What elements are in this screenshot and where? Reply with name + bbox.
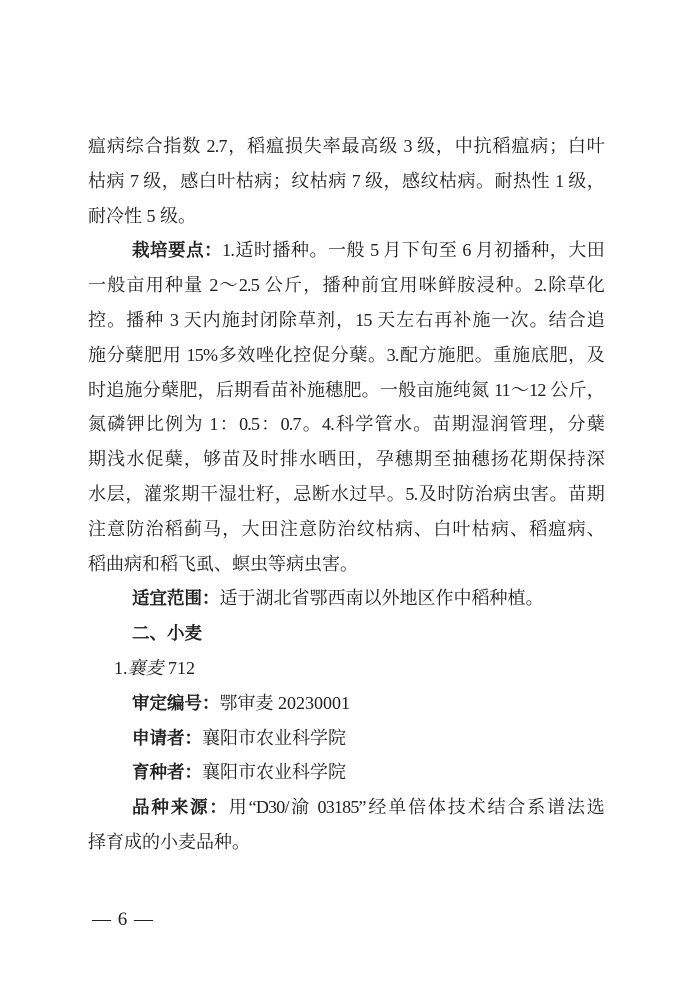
text-segment: 用“D30/渝 03185”经单倍体技术结合系谱法选 bbox=[229, 797, 604, 817]
paragraph-label: 品种来源： bbox=[132, 797, 229, 817]
paragraph-label: 适宜范围： bbox=[132, 588, 220, 608]
text-line: 申请者：襄阳市农业科学院 bbox=[88, 721, 604, 756]
text-line: 时追施分蘖肥，后期看苗补施穗肥。一般亩施纯氮 11～12 公斤， bbox=[88, 373, 604, 408]
text-line: 期浅水促蘖，够苗及时排水晒田，孕穗期至抽穗扬花期保持深 bbox=[88, 442, 604, 477]
text-segment: 适于湖北省鄂西南以外地区作中稻种植。 bbox=[220, 588, 544, 608]
text-segment: 控。播种 3 天内施封闭除草剂，15 天左右再补施一次。结合追 bbox=[88, 310, 604, 330]
text-segment: 襄阳市农业科学院 bbox=[202, 728, 346, 748]
paragraph-label: 申请者： bbox=[132, 728, 202, 748]
page-number: — 6 — bbox=[92, 908, 154, 932]
text-line: 氮磷钾比例为 1：0.5：0.7。4.科学管水。苗期湿润管理，分蘖 bbox=[88, 407, 604, 442]
text-line: 育种者：襄阳市农业科学院 bbox=[88, 755, 604, 790]
text-line: 1.襄麦 712 bbox=[88, 651, 604, 686]
text-segment: 水层，灌浆期干湿壮籽，忌断水过早。5.及时防治病虫害。苗期 bbox=[88, 484, 604, 504]
paragraph-label: 审定编号： bbox=[132, 693, 220, 713]
text-line: 注意防治稻蓟马，大田注意防治纹枯病、白叶枯病、稻瘟病、 bbox=[88, 512, 604, 547]
text-segment: 一般亩用种量 2～2.5 公斤，播种前宜用咪鲜胺浸种。2.除草化 bbox=[88, 275, 604, 295]
text-line: 栽培要点：1.适时播种。一般 5 月下旬至 6 月初播种，大田 bbox=[88, 233, 604, 268]
text-segment: 期浅水促蘖，够苗及时排水晒田，孕穗期至抽穗扬花期保持深 bbox=[88, 449, 604, 469]
text-line: 择育成的小麦品种。 bbox=[88, 825, 604, 860]
text-line: 瘟病综合指数 2.7，稻瘟损失率最高级 3 级，中抗稻瘟病；白叶 bbox=[88, 129, 604, 164]
paragraph-label: 育种者： bbox=[132, 762, 202, 782]
text-segment: 枯病 7 级，感白叶枯病；纹枯病 7 级，感纹枯病。耐热性 1 级， bbox=[88, 171, 604, 191]
paragraph-label: 二、小麦 bbox=[132, 623, 202, 643]
text-segment: 1. bbox=[114, 658, 128, 678]
text-segment: 择育成的小麦品种。 bbox=[88, 832, 250, 852]
text-line: 枯病 7 级，感白叶枯病；纹枯病 7 级，感纹枯病。耐热性 1 级， bbox=[88, 164, 604, 199]
text-segment: 注意防治稻蓟马，大田注意防治纹枯病、白叶枯病、稻瘟病、 bbox=[88, 519, 604, 539]
text-segment: 稻曲病和稻飞虱、螟虫等病虫害。 bbox=[88, 554, 358, 574]
text-line: 稻曲病和稻飞虱、螟虫等病虫害。 bbox=[88, 547, 604, 582]
paragraph-label: 栽培要点： bbox=[132, 240, 222, 260]
text-line: 审定编号：鄂审麦 20230001 bbox=[88, 686, 604, 721]
text-segment: 1.适时播种。一般 5 月下旬至 6 月初播种，大田 bbox=[222, 240, 604, 260]
text-segment: 712 bbox=[164, 658, 196, 678]
text-segment: 氮磷钾比例为 1：0.5：0.7。4.科学管水。苗期湿润管理，分蘖 bbox=[88, 414, 604, 434]
document-body: 瘟病综合指数 2.7，稻瘟损失率最高级 3 级，中抗稻瘟病；白叶枯病 7 级，感… bbox=[88, 129, 604, 860]
text-line: 二、小麦 bbox=[88, 616, 604, 651]
text-line: 施分蘖肥用 15%多效唑化控促分蘖。3.配方施肥。重施底肥，及 bbox=[88, 338, 604, 373]
text-segment: 瘟病综合指数 2.7，稻瘟损失率最高级 3 级，中抗稻瘟病；白叶 bbox=[88, 136, 604, 156]
text-line: 水层，灌浆期干湿壮籽，忌断水过早。5.及时防治病虫害。苗期 bbox=[88, 477, 604, 512]
document-page: 瘟病综合指数 2.7，稻瘟损失率最高级 3 级，中抗稻瘟病；白叶枯病 7 级，感… bbox=[0, 0, 690, 981]
text-segment: 时追施分蘖肥，后期看苗补施穗肥。一般亩施纯氮 11～12 公斤， bbox=[88, 380, 604, 400]
text-segment: 襄阳市农业科学院 bbox=[202, 762, 346, 782]
text-line: 耐冷性 5 级。 bbox=[88, 199, 604, 234]
text-line: 控。播种 3 天内施封闭除草剂，15 天左右再补施一次。结合追 bbox=[88, 303, 604, 338]
text-segment: 耐冷性 5 级。 bbox=[88, 206, 196, 226]
text-line: 一般亩用种量 2～2.5 公斤，播种前宜用咪鲜胺浸种。2.除草化 bbox=[88, 268, 604, 303]
text-segment: 施分蘖肥用 15%多效唑化控促分蘖。3.配方施肥。重施底肥，及 bbox=[88, 345, 604, 365]
text-segment: 鄂审麦 20230001 bbox=[220, 693, 351, 713]
text-line: 适宜范围：适于湖北省鄂西南以外地区作中稻种植。 bbox=[88, 581, 604, 616]
text-segment: 襄麦 bbox=[128, 658, 164, 678]
text-line: 品种来源：用“D30/渝 03185”经单倍体技术结合系谱法选 bbox=[88, 790, 604, 825]
